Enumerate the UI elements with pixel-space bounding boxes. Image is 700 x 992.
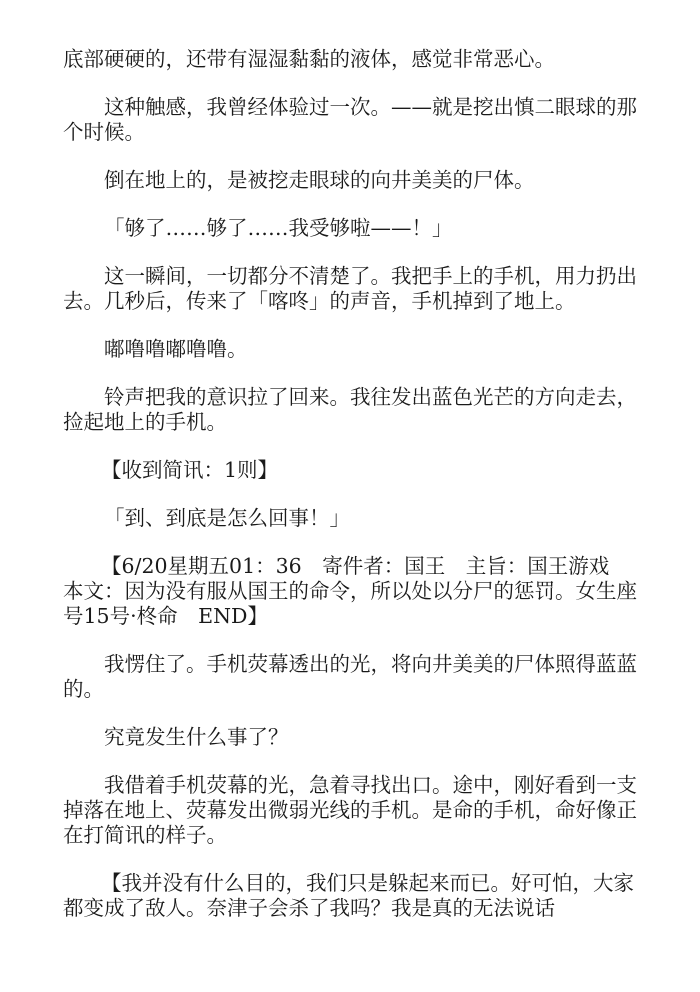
paragraph: 这种触感，我曾经体验过一次。——就是挖出慎二眼球的那个时候。 [63,95,637,145]
document-page: 底部硬硬的，还带有湿湿黏黏的液体，感觉非常恶心。 这种触感，我曾经体验过一次。—… [63,47,637,944]
paragraph: 嘟噜噜嘟噜噜。 [63,337,637,362]
paragraph: 铃声把我的意识拉了回来。我往发出蓝色光芒的方向走去，捡起地上的手机。 [63,385,637,435]
paragraph: 底部硬硬的，还带有湿湿黏黏的液体，感觉非常恶心。 [63,47,637,72]
paragraph: 究竟发生什么事了？ [63,725,637,750]
paragraph: 这一瞬间，一切都分不清楚了。我把手上的手机，用力扔出去。几秒后，传来了「喀咚」的… [63,264,637,314]
paragraph: 我借着手机荧幕的光，急着寻找出口。途中，刚好看到一支掉落在地上、荧幕发出微弱光线… [63,773,637,848]
paragraph: 倒在地上的，是被挖走眼球的向井美美的尸体。 [63,168,637,193]
text-message: 【6/20星期五01：36 寄件者：国王 主旨：国王游戏 本文：因为没有服从国王… [63,554,637,629]
text-message: 【我并没有什么目的，我们只是躲起来而已。好可怕，大家都变成了敌人。奈津子会杀了我… [63,871,637,921]
message-notice: 【收到简讯：1则】 [63,458,637,483]
dialogue-paragraph: 「到、到底是怎么回事！」 [63,506,637,531]
dialogue-paragraph: 「够了……够了……我受够啦——！」 [63,216,637,241]
paragraph: 我愣住了。手机荧幕透出的光，将向井美美的尸体照得蓝蓝的。 [63,652,637,702]
